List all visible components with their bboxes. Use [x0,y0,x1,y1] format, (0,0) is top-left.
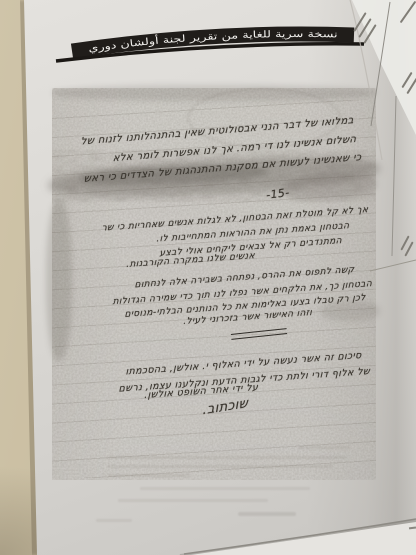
book-photo: نسخة سرية للغاية من تقرير لجنة أولشان دو… [0,0,416,555]
show-through-line [298,446,350,449]
scanned-document: במלואו של דבר הנני אבסולוטית שאין בהתנהל… [52,88,376,480]
book-page: نسخة سرية للغاية من تقرير لجنة أولشان دو… [0,0,416,555]
show-through-line [108,474,190,477]
show-through-line [96,519,132,522]
smudge-left-edge [46,200,72,360]
show-through-line [238,512,296,516]
caption-band: نسخة سرية للغاية من تقرير لجنة أولشان دو… [46,20,376,70]
show-through-line [118,499,268,502]
show-through-line [140,487,310,490]
show-through-line [108,465,332,468]
show-through-line [108,456,346,459]
